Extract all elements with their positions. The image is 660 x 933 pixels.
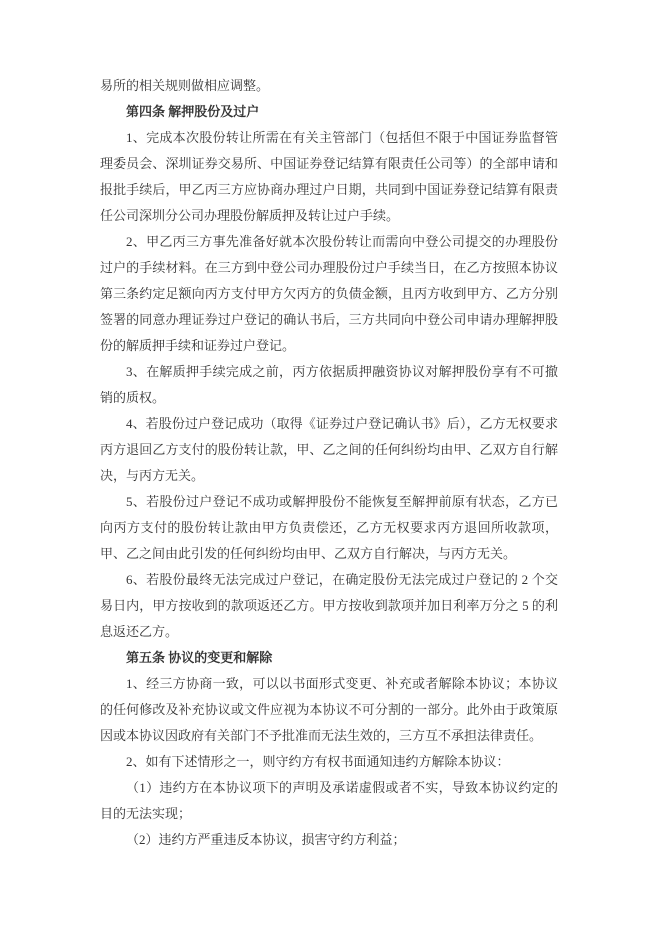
- section-heading-5: 第五条 协议的变更和解除: [100, 645, 558, 671]
- clause-4-6: 6、若股份最终无法完成过户登记，在确定股份无法完成过户登记的 2 个交易日内，甲…: [100, 567, 558, 645]
- clause-4-3: 3、在解质押手续完成之前，丙方依据质押融资协议对解押股份享有不可撤销的质权。: [100, 359, 558, 411]
- document-page: 易所的相关规则做相应调整。 第四条 解押股份及过户 1、完成本次股份转让所需在有…: [0, 0, 660, 933]
- clause-4-4: 4、若股份过户登记成功（取得《证券过户登记确认书》后），乙方无权要求丙方退回乙方…: [100, 411, 558, 489]
- clause-4-1: 1、完成本次股份转让所需在有关主管部门（包括但不限于中国证券监督管理委员会、深圳…: [100, 125, 558, 229]
- clause-4-5: 5、若股份过户登记不成功或解押股份不能恢复至解押前原有状态，乙方已向丙方支付的股…: [100, 489, 558, 567]
- clause-5-2-item-1: （1）违约方在本协议项下的声明及承诺虚假或者不实，导致本协议约定的目的无法实现；: [100, 775, 558, 827]
- clause-5-2: 2、如有下述情形之一，则守约方有权书面通知违约方解除本协议：: [100, 749, 558, 775]
- document-body: 易所的相关规则做相应调整。 第四条 解押股份及过户 1、完成本次股份转让所需在有…: [100, 73, 558, 853]
- clause-4-2: 2、甲乙丙三方事先准备好就本次股份转让而需向中登公司提交的办理股份过户的手续材料…: [100, 229, 558, 359]
- paragraph-continuation: 易所的相关规则做相应调整。: [100, 73, 558, 99]
- clause-5-2-item-2: （2）违约方严重违反本协议，损害守约方利益；: [100, 827, 558, 853]
- clause-5-1: 1、经三方协商一致，可以以书面形式变更、补充或者解除本协议；本协议的任何修改及补…: [100, 671, 558, 749]
- section-heading-4: 第四条 解押股份及过户: [100, 99, 558, 125]
